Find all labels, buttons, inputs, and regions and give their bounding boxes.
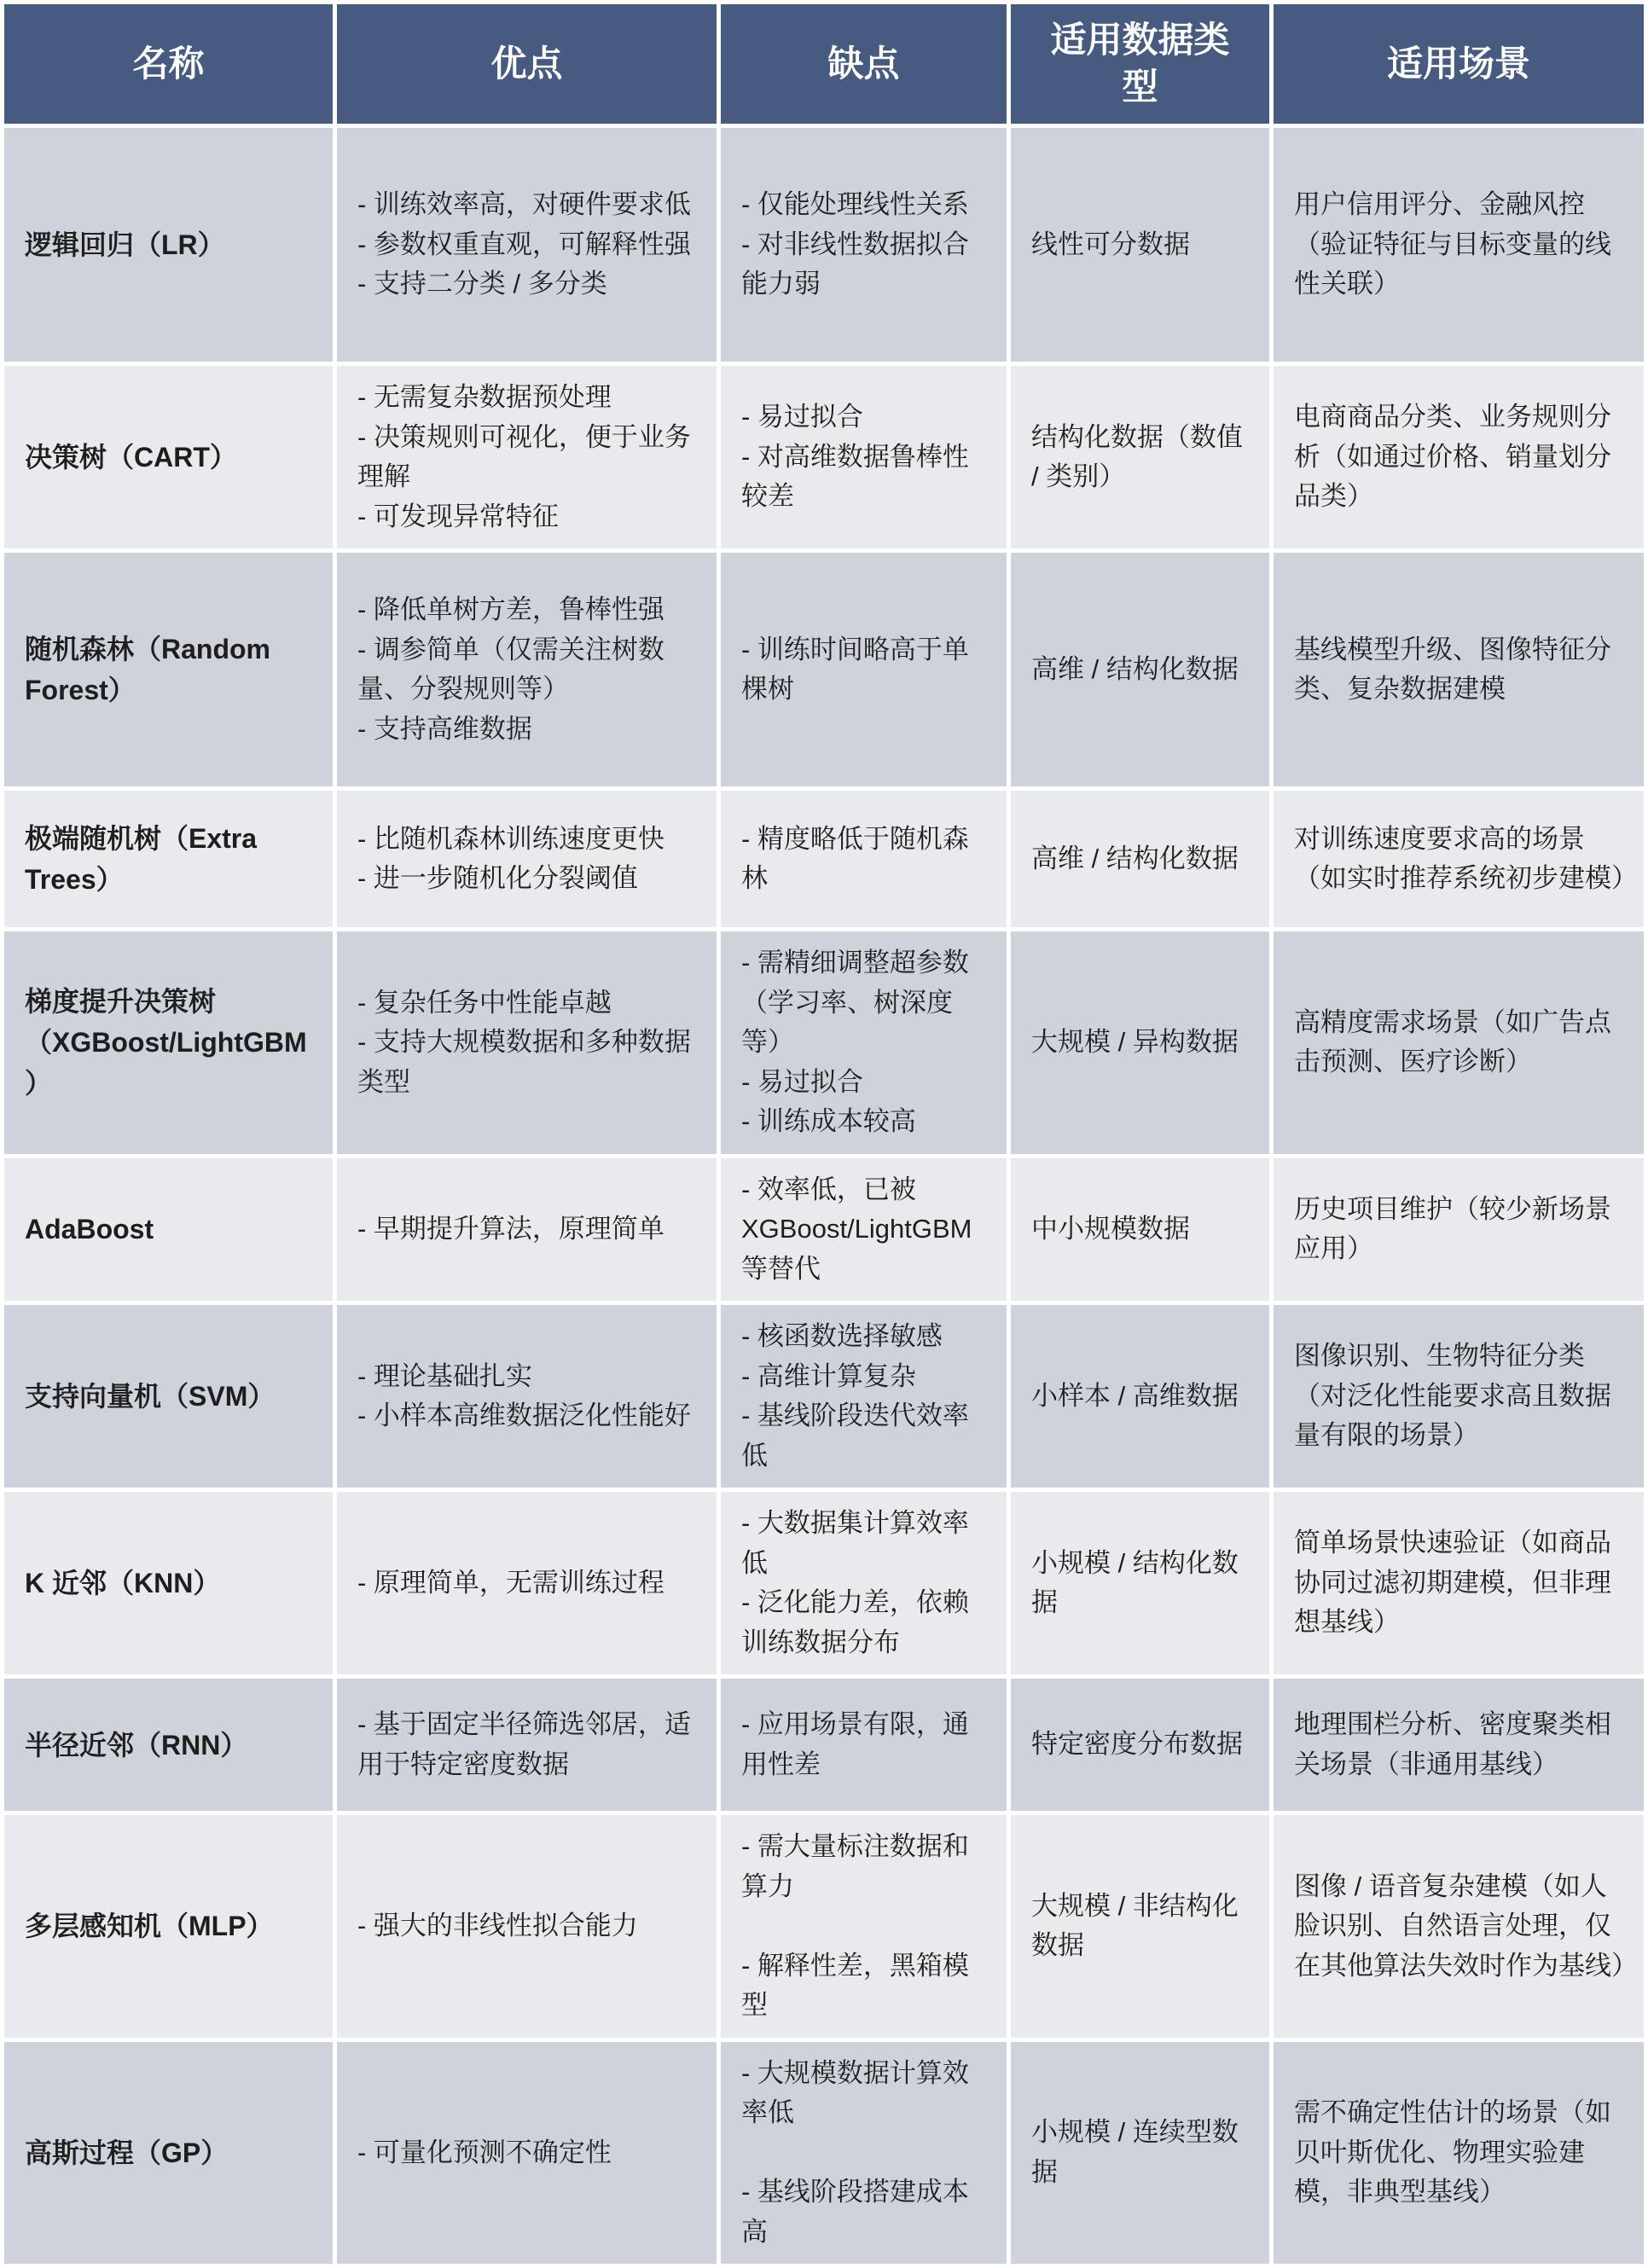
cell-data-type: 小样本 / 高维数据 [1011, 1305, 1269, 1488]
table-row: 决策树（CART） - 无需复杂数据预处理 - 决策规则可视化，便于业务理解 -… [4, 366, 1644, 548]
table-row: K 近邻（KNN） - 原理简单，无需训练过程 - 大数据集计算效率低 - 泛化… [4, 1492, 1644, 1674]
algorithm-comparison-table: 名称 优点 缺点 适用数据类型 适用场景 逻辑回归（LR） - 训练效率高，对硬… [0, 0, 1648, 2268]
table-row: 极端随机树（Extra Trees） - 比随机森林训练速度更快 - 进一步随机… [4, 791, 1644, 927]
cell-name: 随机森林（Random Forest） [4, 553, 333, 786]
cell-name: 梯度提升决策树（XGBoost/LightGBM） [4, 931, 333, 1154]
cell-cons: - 效率低，已被 XGBoost/LightGBM 等替代 [721, 1158, 1007, 1302]
cell-pros: - 早期提升算法，原理简单 [337, 1158, 717, 1302]
col-header-name: 名称 [4, 4, 333, 124]
cell-pros: - 无需复杂数据预处理 - 决策规则可视化，便于业务理解 - 可发现异常特征 [337, 366, 717, 548]
cell-name: 决策树（CART） [4, 366, 333, 548]
cell-cons: - 精度略低于随机森林 [721, 791, 1007, 927]
cell-data-type: 小规模 / 结构化数据 [1011, 1492, 1269, 1674]
cell-name: 半径近邻（RNN） [4, 1679, 333, 1811]
cell-name: 支持向量机（SVM） [4, 1305, 333, 1488]
cell-data-type: 中小规模数据 [1011, 1158, 1269, 1302]
cell-scenario: 电商商品分类、业务规则分析（如通过价格、销量划分品类） [1274, 366, 1644, 548]
cell-scenario: 用户信用评分、金融风控（验证特征与目标变量的线性关联） [1274, 128, 1644, 362]
cell-data-type: 结构化数据（数值 / 类别） [1011, 366, 1269, 548]
cell-pros: - 复杂任务中性能卓越 - 支持大规模数据和多种数据类型 [337, 931, 717, 1154]
cell-pros: - 强大的非线性拟合能力 [337, 1815, 717, 2038]
cell-data-type: 特定密度分布数据 [1011, 1679, 1269, 1811]
cell-cons: - 需精细调整超参数（学习率、树深度等） - 易过拟合 - 训练成本较高 [721, 931, 1007, 1154]
col-header-data-type: 适用数据类型 [1011, 4, 1269, 124]
cell-scenario: 历史项目维护（较少新场景应用） [1274, 1158, 1644, 1302]
table-row: 逻辑回归（LR） - 训练效率高，对硬件要求低 - 参数权重直观，可解释性强 -… [4, 128, 1644, 362]
cell-data-type: 大规模 / 异构数据 [1011, 931, 1269, 1154]
cell-pros: - 降低单树方差，鲁棒性强 - 调参简单（仅需关注树数量、分裂规则等） - 支持… [337, 553, 717, 786]
table-body: 逻辑回归（LR） - 训练效率高，对硬件要求低 - 参数权重直观，可解释性强 -… [4, 128, 1644, 2264]
col-header-cons: 缺点 [721, 4, 1007, 124]
table-row: 多层感知机（MLP） - 强大的非线性拟合能力 - 需大量标注数据和算力 - 解… [4, 1815, 1644, 2038]
table-row: 支持向量机（SVM） - 理论基础扎实 - 小样本高维数据泛化性能好 - 核函数… [4, 1305, 1644, 1488]
cell-cons: - 需大量标注数据和算力 - 解释性差，黑箱模型 [721, 1815, 1007, 2038]
cell-name: 高斯过程（GP） [4, 2042, 333, 2265]
cell-data-type: 小规模 / 连续型数据 [1011, 2042, 1269, 2265]
cell-name: K 近邻（KNN） [4, 1492, 333, 1674]
table-row: AdaBoost - 早期提升算法，原理简单 - 效率低，已被 XGBoost/… [4, 1158, 1644, 1302]
cell-cons: - 大数据集计算效率低 - 泛化能力差，依赖训练数据分布 [721, 1492, 1007, 1674]
cell-scenario: 对训练速度要求高的场景（如实时推荐系统初步建模） [1274, 791, 1644, 927]
table-row: 随机森林（Random Forest） - 降低单树方差，鲁棒性强 - 调参简单… [4, 553, 1644, 786]
cell-data-type: 高维 / 结构化数据 [1011, 791, 1269, 927]
cell-cons: - 仅能处理线性关系 - 对非线性数据拟合能力弱 [721, 128, 1007, 362]
cell-pros: - 理论基础扎实 - 小样本高维数据泛化性能好 [337, 1305, 717, 1488]
cell-cons: - 训练时间略高于单棵树 [721, 553, 1007, 786]
cell-pros: - 原理简单，无需训练过程 [337, 1492, 717, 1674]
cell-cons: - 应用场景有限，通用性差 [721, 1679, 1007, 1811]
cell-scenario: 图像识别、生物特征分类（对泛化性能要求高且数据量有限的场景） [1274, 1305, 1644, 1488]
cell-scenario: 基线模型升级、图像特征分类、复杂数据建模 [1274, 553, 1644, 786]
cell-pros: - 基于固定半径筛选邻居，适用于特定密度数据 [337, 1679, 717, 1811]
cell-cons: - 核函数选择敏感 - 高维计算复杂 - 基线阶段迭代效率低 [721, 1305, 1007, 1488]
cell-pros: - 比随机森林训练速度更快 - 进一步随机化分裂阈值 [337, 791, 717, 927]
cell-name: AdaBoost [4, 1158, 333, 1302]
cell-name: 逻辑回归（LR） [4, 128, 333, 362]
cell-scenario: 地理围栏分析、密度聚类相关场景（非通用基线） [1274, 1679, 1644, 1811]
cell-data-type: 大规模 / 非结构化数据 [1011, 1815, 1269, 2038]
cell-pros: - 训练效率高，对硬件要求低 - 参数权重直观，可解释性强 - 支持二分类 / … [337, 128, 717, 362]
header-row: 名称 优点 缺点 适用数据类型 适用场景 [4, 4, 1644, 124]
cell-scenario: 高精度需求场景（如广告点击预测、医疗诊断） [1274, 931, 1644, 1154]
table-row: 高斯过程（GP） - 可量化预测不确定性 - 大规模数据计算效率低 - 基线阶段… [4, 2042, 1644, 2265]
cell-data-type: 线性可分数据 [1011, 128, 1269, 362]
cell-scenario: 简单场景快速验证（如商品协同过滤初期建模，但非理想基线） [1274, 1492, 1644, 1674]
col-header-pros: 优点 [337, 4, 717, 124]
col-header-scenario: 适用场景 [1274, 4, 1644, 124]
table-row: 梯度提升决策树（XGBoost/LightGBM） - 复杂任务中性能卓越 - … [4, 931, 1644, 1154]
cell-cons: - 大规模数据计算效率低 - 基线阶段搭建成本高 [721, 2042, 1007, 2265]
cell-scenario: 需不确定性估计的场景（如贝叶斯优化、物理实验建模，非典型基线） [1274, 2042, 1644, 2265]
cell-data-type: 高维 / 结构化数据 [1011, 553, 1269, 786]
cell-cons: - 易过拟合 - 对高维数据鲁棒性较差 [721, 366, 1007, 548]
cell-pros: - 可量化预测不确定性 [337, 2042, 717, 2265]
table-row: 半径近邻（RNN） - 基于固定半径筛选邻居，适用于特定密度数据 - 应用场景有… [4, 1679, 1644, 1811]
cell-name: 极端随机树（Extra Trees） [4, 791, 333, 927]
cell-scenario: 图像 / 语音复杂建模（如人脸识别、自然语言处理，仅在其他算法失效时作为基线） [1274, 1815, 1644, 2038]
cell-name: 多层感知机（MLP） [4, 1815, 333, 2038]
table-header: 名称 优点 缺点 适用数据类型 适用场景 [4, 4, 1644, 124]
